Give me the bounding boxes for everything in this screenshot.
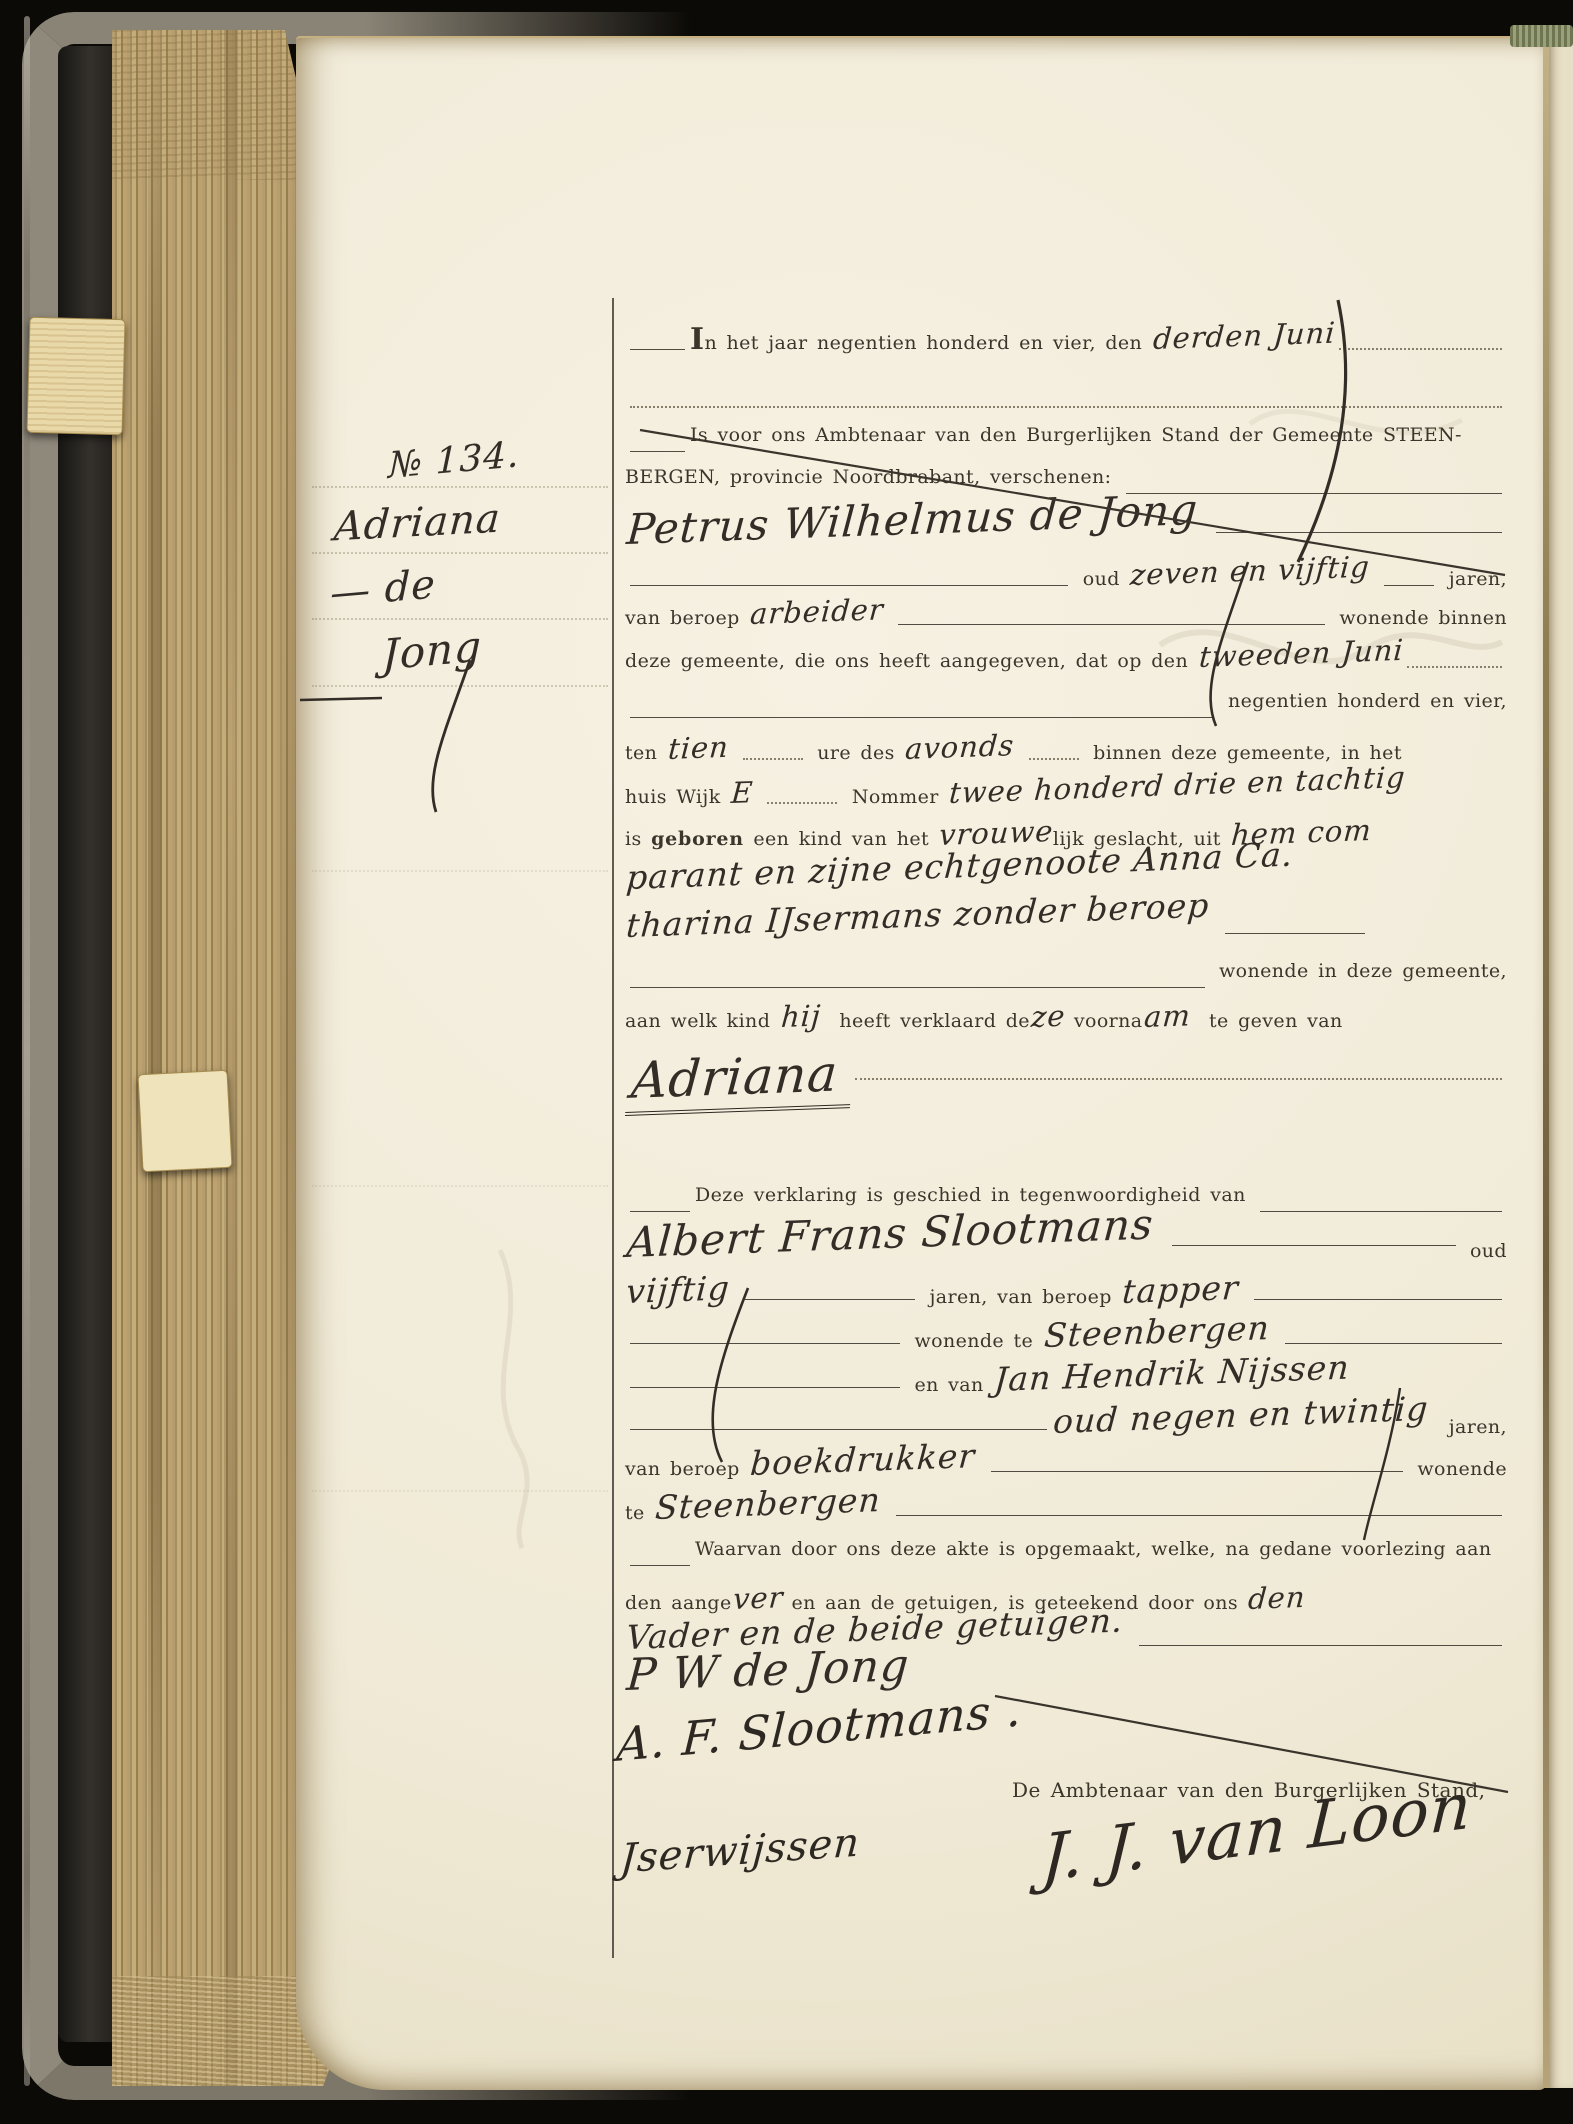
printed-text: wonende in deze gemeente, — [1210, 960, 1507, 982]
printed-text: den aange — [625, 1592, 732, 1614]
ruled-blank — [630, 1429, 1047, 1430]
margin-ruled-line — [312, 552, 608, 554]
witness2-signature: Jserwijssen — [619, 1819, 862, 1882]
form-line-14: tharina IJsermans zonder beroep — [625, 906, 1507, 940]
handwritten-text: hij — [780, 998, 833, 1034]
ruled-blank — [1260, 1211, 1502, 1212]
handwritten-text: tharina IJsermans zonder beroep — [625, 885, 1222, 945]
handwritten-text: tweeden Juni — [1198, 633, 1405, 674]
printed-text: oud — [1073, 568, 1129, 590]
ruled-blank — [630, 1343, 900, 1344]
margin-child-name-line1: Adriana — [332, 496, 502, 551]
margin-child-name-line2: — de — [330, 561, 436, 616]
printed-text: jaren, van beroep — [920, 1286, 1121, 1308]
printed-text: wonende — [1408, 1458, 1507, 1480]
printed-text: n het jaar negentien honderd en vier, de… — [704, 332, 1151, 354]
photographed-register-book: № 134. Adriana — de Jong In het jaar neg… — [0, 0, 1573, 2124]
ruled-blank — [1172, 1245, 1456, 1246]
ruled-blank — [1254, 1299, 1502, 1300]
form-line-24: van beroep boekdrukker wonende — [625, 1444, 1507, 1478]
printed-text: Is voor ons Ambtenaar van den Burgerlijk… — [690, 424, 1462, 446]
printed-text: wonende binnen — [1330, 607, 1507, 629]
printed-text: Nommer — [842, 786, 948, 808]
printed-text: huis Wijk — [625, 786, 730, 808]
handwritten-text: Steenbergen — [654, 1480, 894, 1527]
printed-text: I — [690, 322, 704, 357]
form-line-1: In het jaar negentien honderd en vier, d… — [625, 322, 1507, 356]
printed-text: BERGEN, provincie Noordbrabant, verschen… — [625, 466, 1121, 488]
form-line-15: wonende in deze gemeente, — [625, 960, 1507, 994]
handwritten-text: am — [1143, 998, 1202, 1034]
handwritten-text: tapper — [1121, 1267, 1252, 1311]
ruled-blank — [630, 406, 1502, 408]
ruled-blank — [898, 624, 1325, 625]
margin-ruled-line — [312, 1185, 608, 1187]
form-line-2 — [625, 380, 1507, 414]
form-line-21: wonende te Steenbergen — [625, 1316, 1507, 1350]
printed-text: is — [625, 828, 651, 850]
margin-divider-rule — [612, 298, 614, 1958]
printed-text: oud — [1461, 1240, 1507, 1262]
printed-text: ure des — [808, 742, 904, 764]
handwritten-text: zeven en vijftig — [1129, 549, 1381, 592]
handwritten-text: arbeider — [749, 592, 895, 631]
printed-text: van beroep — [625, 1458, 749, 1480]
printed-text: jaren, — [1439, 1416, 1507, 1438]
ruled-blank — [1339, 348, 1502, 350]
ruled-blank — [1029, 758, 1079, 760]
handwritten-text: derden Juni — [1152, 316, 1337, 356]
ruled-blank — [1407, 666, 1502, 668]
margin-ruled-line — [312, 486, 608, 488]
handwritten-text: boekdrukker — [749, 1436, 988, 1483]
margin-ruled-line — [312, 870, 608, 872]
form-line-26: Waarvan door ons deze akte is opgemaakt,… — [625, 1538, 1507, 1572]
ruled-blank — [745, 1299, 915, 1300]
form-line-17: Adriana — [625, 1052, 1507, 1086]
handwritten-text: vijftig — [625, 1268, 743, 1311]
form-line-22: en van Jan Hendrik Nijssen — [625, 1360, 1507, 1394]
handwritten-text: P W de Jong — [625, 1640, 911, 1701]
ruled-blank — [630, 1211, 690, 1212]
printed-text: wonende te — [905, 1330, 1043, 1352]
handwritten-text: twee honderd drie en tachtig — [948, 760, 1407, 810]
form-line-11: huis Wijk E Nommer twee honderd drie en … — [625, 776, 1507, 810]
form-line-16: aan welk kind hij heeft verklaard deze v… — [625, 1000, 1507, 1034]
printed-text: ten — [625, 742, 667, 764]
ruled-blank — [991, 1471, 1403, 1472]
ruled-blank — [1139, 1645, 1502, 1646]
form-line-29: P W de Jong — [625, 1650, 1507, 1684]
ruled-blank — [743, 758, 803, 760]
ruled-blank — [1225, 933, 1365, 934]
handwritten-text: avonds — [904, 728, 1026, 766]
margin-ruled-line — [312, 1490, 608, 1492]
ruled-blank — [855, 1078, 1502, 1080]
ruled-blank — [767, 802, 837, 804]
ruled-blank — [630, 1387, 900, 1388]
printed-text: aan welk kind — [625, 1010, 780, 1032]
form-line-7: van beroep arbeider wonende binnen — [625, 597, 1507, 631]
margin-ruled-line — [312, 685, 608, 687]
margin-ruled-line — [312, 618, 608, 620]
printed-text: Deze verklaring is geschied in tegenwoor… — [695, 1184, 1255, 1206]
handwritten-text: tien — [667, 729, 740, 766]
handwritten-text: ver — [732, 1580, 785, 1616]
handwritten-text: Steenbergen — [1043, 1308, 1283, 1355]
margin-name-dash — [300, 698, 382, 700]
printed-text: jaren, — [1439, 568, 1507, 590]
form-line-8: deze gemeente, die ons heeft aangegeven,… — [625, 640, 1507, 674]
handwritten-text: E — [730, 775, 765, 810]
ruled-blank — [896, 1515, 1502, 1516]
handwritten-text: den — [1247, 1580, 1307, 1616]
form-line-20: vijftig jaren, van beroep tapper — [625, 1272, 1507, 1306]
ruled-blank — [1216, 532, 1502, 533]
form-line-13: parant en zijne echtgenoote Anna Ca. — [625, 858, 1507, 892]
printed-text: te geven van — [1200, 1010, 1343, 1032]
form-line-19: Albert Frans Slootmans oud — [625, 1218, 1507, 1252]
printed-text: deze gemeente, die ons heeft aangegeven,… — [625, 650, 1198, 672]
ruled-blank — [630, 585, 1068, 586]
ruled-blank — [630, 1565, 690, 1566]
printed-text: heeft verklaard de — [830, 1010, 1030, 1032]
printed-text: te — [625, 1502, 654, 1524]
form-line-23: oud negen en twintig jaren, — [625, 1402, 1507, 1436]
printed-text: en van — [905, 1374, 993, 1396]
printed-text: van beroep — [625, 607, 749, 629]
ruled-blank — [630, 717, 1214, 718]
ruled-blank — [1384, 585, 1434, 586]
handwritten-text: Jan Hendrik Nijssen — [993, 1347, 1351, 1399]
act-content: № 134. Adriana — de Jong In het jaar neg… — [0, 0, 1573, 2124]
printed-text: geboren — [651, 828, 744, 850]
form-line-9: negentien honderd en vier, — [625, 690, 1507, 724]
printed-text: Waarvan door ons deze akte is opgemaakt,… — [695, 1538, 1492, 1560]
ruled-blank — [630, 451, 685, 452]
ruled-blank — [630, 349, 685, 350]
ink-bleedthrough-ghost — [500, 1250, 527, 1548]
margin-name-flourish — [433, 660, 470, 812]
printed-text: binnen deze gemeente, in het — [1084, 742, 1402, 764]
handwritten-child-name: Adriana — [625, 1044, 854, 1116]
form-line-5: Petrus Wilhelmus de Jong — [625, 505, 1507, 539]
printed-text: negentien honderd en vier, — [1219, 690, 1507, 712]
handwritten-text: ze — [1030, 999, 1067, 1034]
form-line-25: te Steenbergen — [625, 1488, 1507, 1522]
ruled-blank — [630, 987, 1205, 988]
handwritten-text: oud negen en twintig — [1052, 1388, 1441, 1441]
printed-text: voorna — [1064, 1010, 1142, 1032]
printed-text: een kind van het — [744, 828, 939, 850]
form-line-6: oud zeven en vijftig jaren, — [625, 558, 1507, 592]
form-line-3: Is voor ons Ambtenaar van den Burgerlijk… — [625, 424, 1507, 458]
act-number: № 134. — [388, 434, 520, 487]
ruled-blank — [1285, 1343, 1502, 1344]
margin-child-name-line3: Jong — [382, 622, 483, 680]
